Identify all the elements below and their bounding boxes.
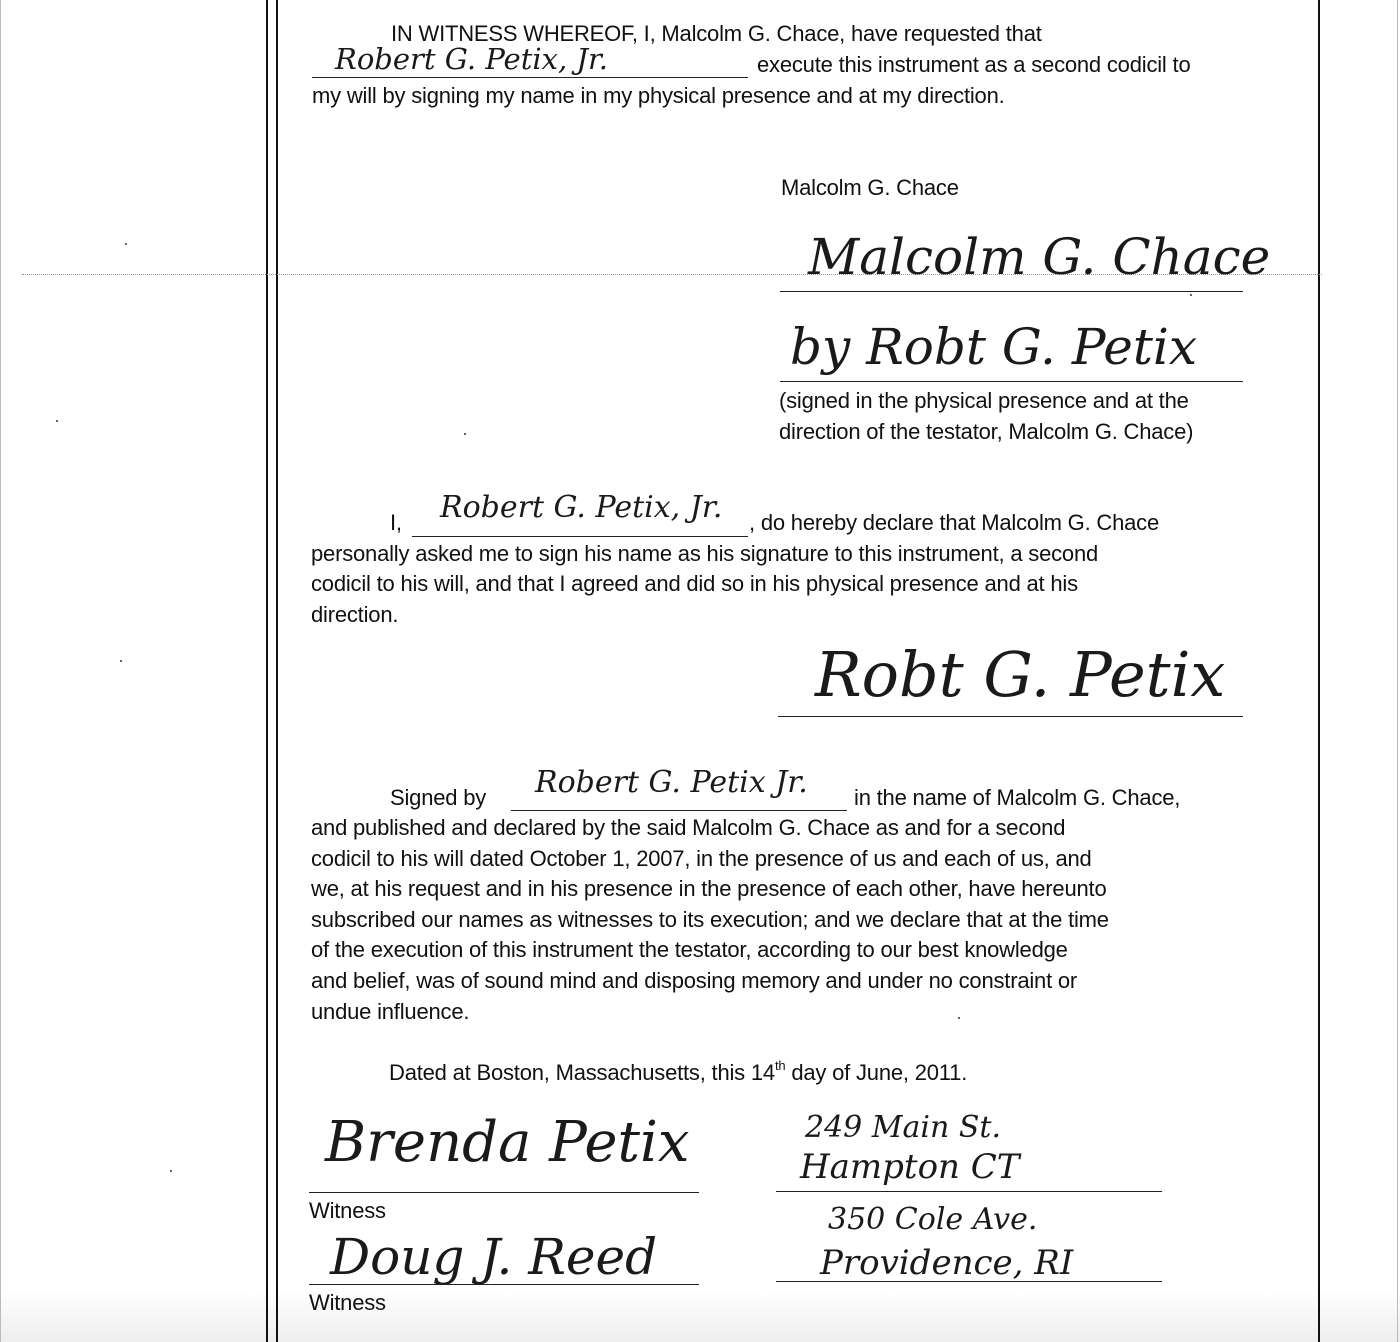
witness-2-label: Witness	[309, 1288, 386, 1319]
scan-speck	[464, 433, 466, 435]
p2-signature-line-bottom	[778, 716, 1243, 717]
testator-signature-line	[780, 291, 1243, 292]
witness-2-signature-line	[309, 1284, 699, 1285]
p3-line3: codicil to his will dated October 1, 200…	[311, 844, 1092, 875]
p2-prefix: I,	[390, 508, 402, 539]
by-signature: by Robt G. Petix	[790, 318, 1197, 376]
p2-line2: personally asked me to sign his name as …	[311, 539, 1098, 570]
witness-1-address-line	[776, 1191, 1162, 1192]
scan-speck	[125, 243, 127, 245]
p3-line8: undue influence.	[311, 997, 469, 1028]
p1-line3: my will by signing my name in my physica…	[312, 81, 1005, 112]
p3-line4: we, at his request and in his presence i…	[311, 874, 1107, 905]
p2-blank-signature: Robert G. Petix, Jr.	[440, 490, 722, 525]
left-margin-line-outer	[266, 0, 268, 1342]
p2-signature-line	[412, 536, 748, 537]
witness-2-signature: Doug J. Reed	[330, 1228, 657, 1286]
p3-prefix: Signed by	[390, 783, 486, 814]
p3-blank-signature: Robert G. Petix Jr.	[535, 765, 808, 800]
testator-note-line2: direction of the testator, Malcolm G. Ch…	[779, 417, 1193, 448]
witness-1-address-line2: Hampton CT	[800, 1147, 1019, 1187]
p3-signature-line	[511, 810, 847, 811]
dated-ordinal: th	[775, 1058, 785, 1073]
p2-line3: codicil to his will, and that I agreed a…	[311, 569, 1078, 600]
p3-line1-rest: in the name of Malcolm G. Chace,	[854, 783, 1180, 814]
scan-speck	[56, 420, 58, 422]
testator-note-line1: (signed in the physical presence and at …	[779, 386, 1189, 417]
p3-line2: and published and declared by the said M…	[311, 813, 1065, 844]
dated-prefix: Dated at Boston, Massachusetts, this 14	[389, 1060, 775, 1085]
p2-signature: Robt G. Petix	[815, 638, 1225, 711]
witness-2-address-line	[776, 1281, 1162, 1282]
far-left-edge-line	[0, 0, 1, 1342]
p2-line1-rest: , do hereby declare that Malcolm G. Chac…	[749, 508, 1159, 539]
left-margin-line-inner	[276, 0, 278, 1342]
scan-speck	[120, 660, 122, 662]
witness-2-address-line1: 350 Cole Ave.	[828, 1202, 1037, 1237]
witness-1-label: Witness	[309, 1196, 386, 1227]
scan-speck	[170, 1170, 172, 1172]
far-right-edge-line	[1397, 0, 1398, 1342]
p3-line5: subscribed our names as witnesses to its…	[311, 905, 1109, 936]
dated-line: Dated at Boston, Massachusetts, this 14t…	[389, 1058, 967, 1089]
scan-speck	[958, 1017, 960, 1019]
witness-2-address-line2: Providence, RI	[820, 1243, 1073, 1283]
p3-line6: of the execution of this instrument the …	[311, 935, 1068, 966]
scan-speck	[1190, 294, 1192, 296]
p1-signature-line	[312, 77, 748, 78]
by-signature-line	[780, 381, 1243, 382]
witness-1-signature: Brenda Petix	[325, 1110, 689, 1175]
p2-line4: direction.	[311, 600, 398, 631]
testator-name: Malcolm G. Chace	[781, 173, 959, 204]
witness-1-address-line1: 249 Main St.	[805, 1110, 1001, 1145]
p3-line7: and belief, was of sound mind and dispos…	[311, 966, 1077, 997]
dated-suffix: day of June, 2011.	[785, 1060, 967, 1085]
right-margin-line	[1318, 0, 1320, 1342]
witness-1-signature-line	[309, 1192, 699, 1193]
p1-blank-signature: Robert G. Petix, Jr.	[335, 42, 608, 76]
testator-signature: Malcolm G. Chace	[808, 228, 1270, 286]
p1-line2-rest: execute this instrument as a second codi…	[757, 50, 1190, 81]
